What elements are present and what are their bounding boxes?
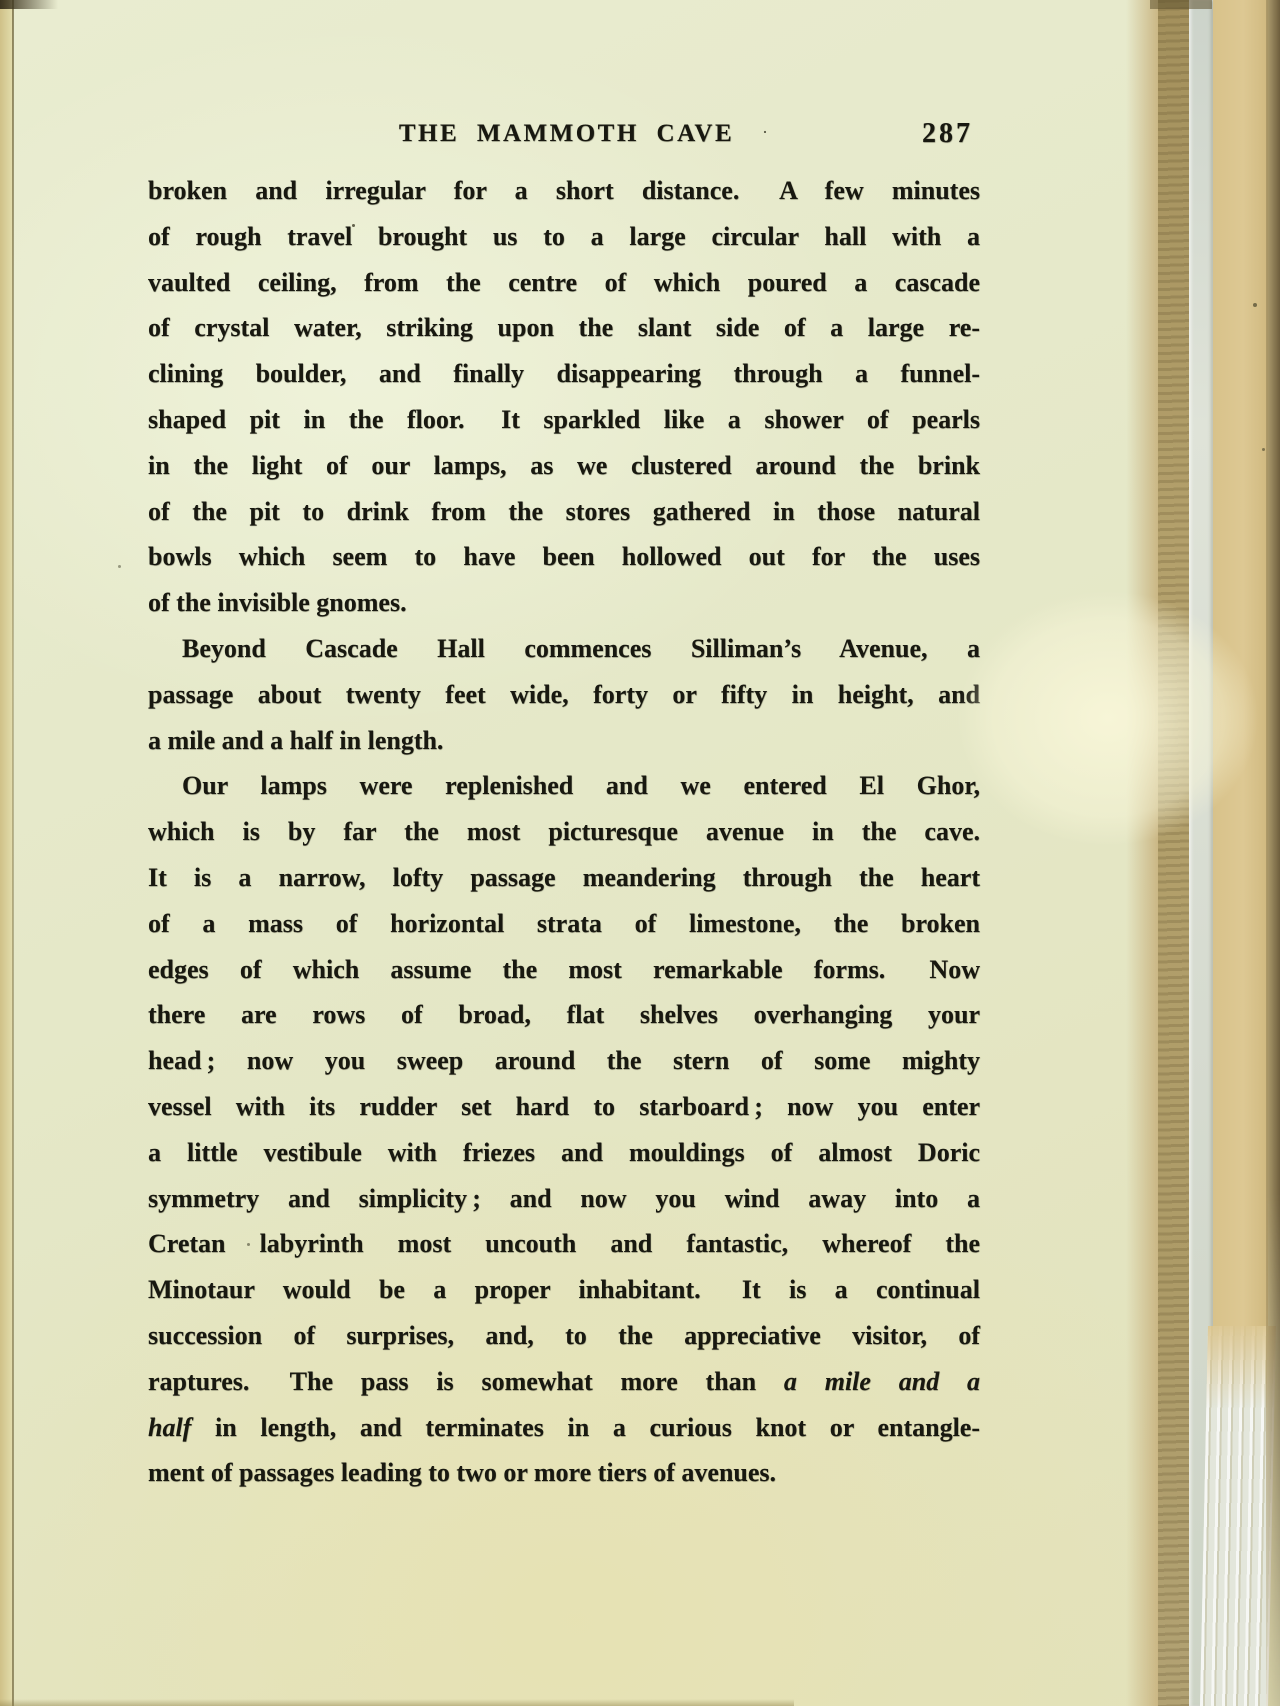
text-segment: of crystal water, striking upon the slan… [148, 313, 980, 342]
text-segment: clining boulder, and finally disappearin… [148, 359, 980, 388]
text-segment: of the pit to drink from the stores gath… [148, 497, 980, 526]
italic-text-segment: half [148, 1413, 191, 1442]
text-segment: Beyond Cascade Hall commences Silliman’s… [182, 634, 980, 663]
text-line: head ; now you sweep around the stern of… [148, 1038, 980, 1084]
text-line: a mile and a half in length. [148, 718, 980, 764]
body-text: broken and irregular for a short distanc… [148, 168, 980, 1496]
text-line: Beyond Cascade Hall commences Silliman’s… [148, 626, 980, 672]
text-segment: vaulted ceiling, from the centre of whic… [148, 268, 980, 297]
text-line: half in length, and terminates in a curi… [148, 1405, 980, 1451]
fore-edge-shadow-band [1158, 0, 1189, 1706]
text-line: bowls which seem to have been hollowed o… [148, 534, 980, 580]
page-number: 287 [922, 118, 973, 150]
text-segment: succession of surprises, and, to the app… [148, 1321, 980, 1350]
text-segment: of the invisible gnomes. [148, 588, 407, 617]
text-segment: broken and irregular for a short distanc… [148, 176, 980, 205]
text-line: Cretan labyrinth most uncouth and fantas… [148, 1221, 980, 1267]
text-segment: edges of which assume the most remarkabl… [148, 955, 980, 984]
text-line: there are rows of broad, flat shelves ov… [148, 992, 980, 1038]
text-segment: bowls which seem to have been hollowed o… [148, 542, 980, 571]
text-segment: Minotaur would be a proper inhabitant. I… [148, 1275, 980, 1304]
text-line: edges of which assume the most remarkabl… [148, 947, 980, 993]
page-left-crease-line [12, 0, 14, 1706]
text-line: vessel with its rudder set hard to starb… [148, 1084, 980, 1130]
text-segment: symmetry and simplicity ; and now you wi… [148, 1184, 980, 1213]
text-segment: a little vestibule with friezes and moul… [148, 1138, 980, 1167]
page-header: THE MAMMOTH CAVE · 287 [148, 120, 980, 154]
ink-speck [1253, 303, 1257, 307]
text-line: ment of passages leading to two or more … [148, 1450, 980, 1496]
separator-dot: · [762, 122, 768, 143]
text-line: Minotaur would be a proper inhabitant. I… [148, 1267, 980, 1313]
text-line: in the light of our lamps, as we cluster… [148, 443, 980, 489]
page-curl-shadow [1126, 0, 1160, 1706]
text-segment: Our lamps were replenished and we entere… [182, 771, 980, 800]
text-segment: there are rows of broad, flat shelves ov… [148, 1000, 980, 1029]
top-right-shadow [1150, 0, 1212, 9]
text-segment: in length, and terminates in a curious k… [191, 1413, 980, 1442]
text-line: of a mass of horizontal strata of limest… [148, 901, 980, 947]
text-line: of the pit to drink from the stores gath… [148, 489, 980, 535]
text-segment: vessel with its rudder set hard to starb… [148, 1092, 980, 1121]
text-line: of crystal water, striking upon the slan… [148, 305, 980, 351]
italic-text-segment: a mile and a [784, 1367, 980, 1396]
text-segment: of rough travel brought us to a large ci… [148, 222, 980, 251]
text-line: symmetry and simplicity ; and now you wi… [148, 1176, 980, 1222]
text-line: of rough travel brought us to a large ci… [148, 214, 980, 260]
text-segment: ment of passages leading to two or more … [148, 1458, 776, 1487]
text-segment: It is a narrow, lofty passage meandering… [148, 863, 980, 892]
text-segment: passage about twenty feet wide, forty or… [148, 680, 980, 709]
text-line: of the invisible gnomes. [148, 580, 980, 626]
text-segment: which is by far the most picturesque ave… [148, 817, 980, 846]
text-line: raptures. The pass is somewhat more than… [148, 1359, 980, 1405]
text-line: which is by far the most picturesque ave… [148, 809, 980, 855]
ink-speck [1262, 448, 1265, 451]
text-line: passage about twenty feet wide, forty or… [148, 672, 980, 718]
top-left-shadow [0, 0, 58, 9]
text-segment: Cretan labyrinth most uncouth and fantas… [148, 1229, 980, 1258]
text-line: Our lamps were replenished and we entere… [148, 763, 980, 809]
ink-speck [352, 224, 355, 227]
ink-speck [247, 1243, 250, 1246]
running-title: THE MAMMOTH CAVE [399, 120, 734, 148]
text-segment: in the light of our lamps, as we cluster… [148, 451, 980, 480]
book-right-edge [1266, 0, 1280, 1706]
book-page-scan: THE MAMMOTH CAVE · 287 broken and irregu… [0, 0, 1280, 1706]
text-line: clining boulder, and finally disappearin… [148, 351, 980, 397]
text-segment: shaped pit in the floor. It sparkled lik… [148, 405, 980, 434]
text-column: THE MAMMOTH CAVE · 287 broken and irregu… [148, 0, 980, 1706]
page-stack-edges [1200, 1326, 1276, 1706]
text-line: succession of surprises, and, to the app… [148, 1313, 980, 1359]
text-line: shaped pit in the floor. It sparkled lik… [148, 397, 980, 443]
text-line: vaulted ceiling, from the centre of whic… [148, 260, 980, 306]
text-line: a little vestibule with friezes and moul… [148, 1130, 980, 1176]
text-segment: of a mass of horizontal strata of limest… [148, 909, 980, 938]
text-segment: head ; now you sweep around the stern of… [148, 1046, 980, 1075]
text-line: broken and irregular for a short distanc… [148, 168, 980, 214]
text-segment: a mile and a half in length. [148, 726, 443, 755]
text-segment: raptures. The pass is somewhat more than [148, 1367, 784, 1396]
text-line: It is a narrow, lofty passage meandering… [148, 855, 980, 901]
ink-speck [118, 565, 121, 568]
